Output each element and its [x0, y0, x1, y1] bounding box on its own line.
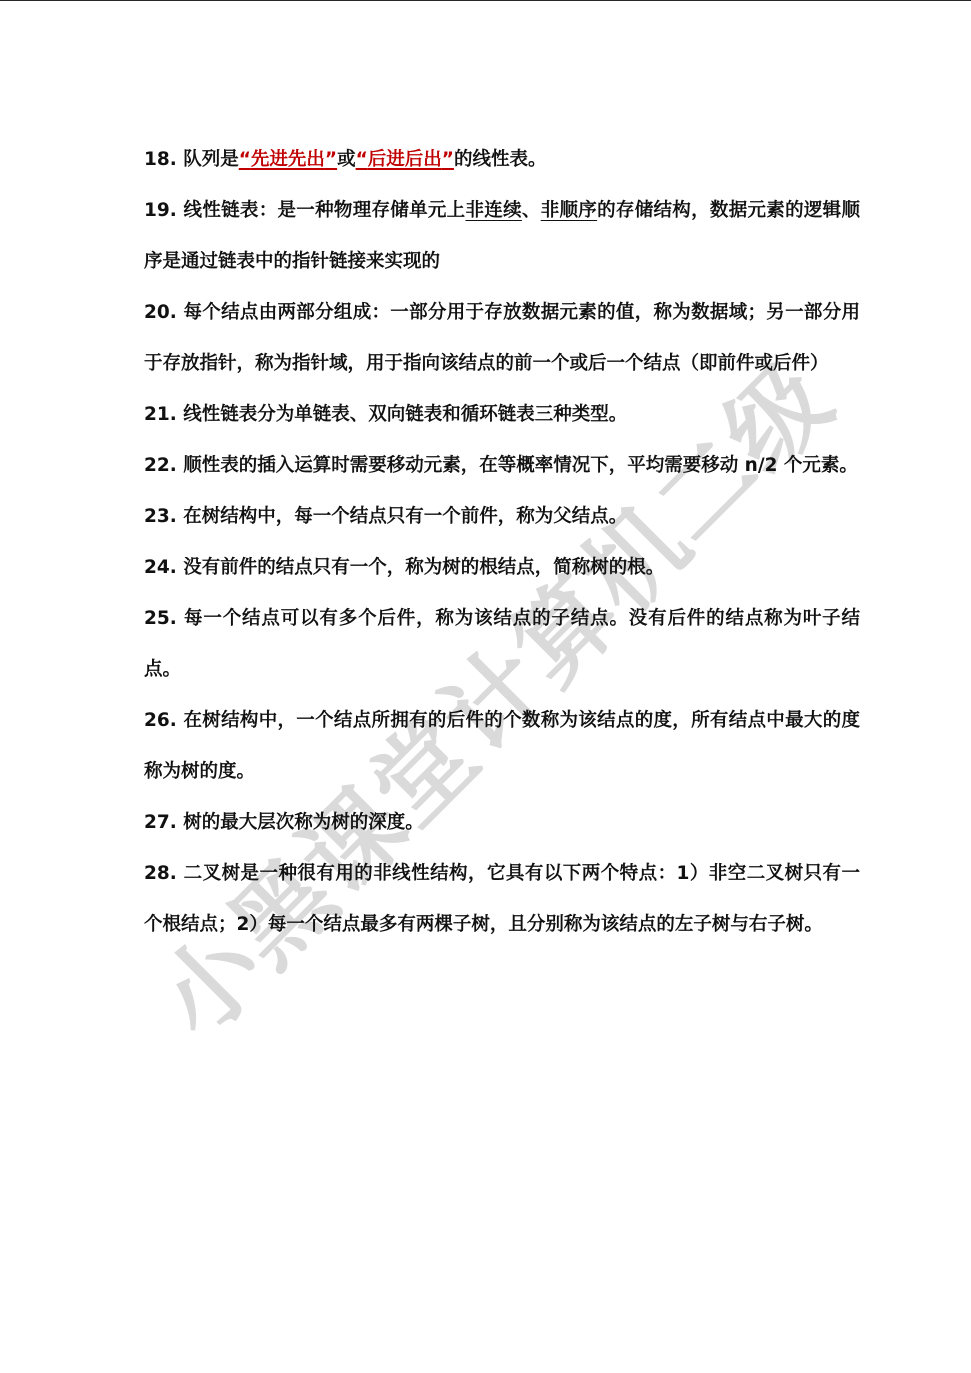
underlined-term: 非连续 — [465, 200, 521, 221]
quote-close: ” — [442, 149, 454, 170]
item-28: 28. 二叉树是一种很有用的非线性结构，它具有以下两个特点：1）非空二叉树只有一… — [144, 848, 860, 950]
item-18: 18. 队列是“先进先出”或“后进后出”的线性表。 — [144, 134, 860, 185]
text: 线性链表：是一种物理存储单元上 — [184, 200, 466, 221]
highlight-fifo: 先进先出 — [251, 149, 325, 170]
document-body: 18. 队列是“先进先出”或“后进后出”的线性表。 19. 线性链表：是一种物理… — [144, 134, 860, 950]
item-25: 25. 每一个结点可以有多个后件，称为该结点的子结点。没有后件的结点称为叶子结点… — [144, 593, 860, 695]
quote-open: “ — [356, 149, 368, 170]
page-top-border — [0, 0, 971, 1]
item-24: 24. 没有前件的结点只有一个，称为树的根结点，简称树的根。 — [144, 542, 860, 593]
text: 队列是 — [183, 149, 239, 170]
item-22: 22. 顺性表的插入运算时需要移动元素，在等概率情况下，平均需要移动 n/2 个… — [144, 440, 860, 491]
quote-open: “ — [239, 149, 251, 170]
item-number: 18. — [144, 149, 183, 170]
quote-close: ” — [325, 149, 337, 170]
item-21: 21. 线性链表分为单链表、双向链表和循环链表三种类型。 — [144, 389, 860, 440]
item-19: 19. 线性链表：是一种物理存储单元上非连续、非顺序的存储结构，数据元素的逻辑顺… — [144, 185, 860, 287]
text: 、 — [522, 200, 541, 221]
item-26: 26. 在树结构中，一个结点所拥有的后件的个数称为该结点的度，所有结点中最大的度… — [144, 695, 860, 797]
item-number: 19. — [144, 200, 184, 221]
text: 的线性表。 — [454, 149, 547, 170]
text: 或 — [337, 149, 356, 170]
underlined-term: 非顺序 — [541, 200, 597, 221]
item-23: 23. 在树结构中，每一个结点只有一个前件，称为父结点。 — [144, 491, 860, 542]
highlight-lifo: 后进后出 — [368, 149, 442, 170]
item-20: 20. 每个结点由两部分组成：一部分用于存放数据元素的值，称为数据域；另一部分用… — [144, 287, 860, 389]
item-27: 27. 树的最大层次称为树的深度。 — [144, 797, 860, 848]
